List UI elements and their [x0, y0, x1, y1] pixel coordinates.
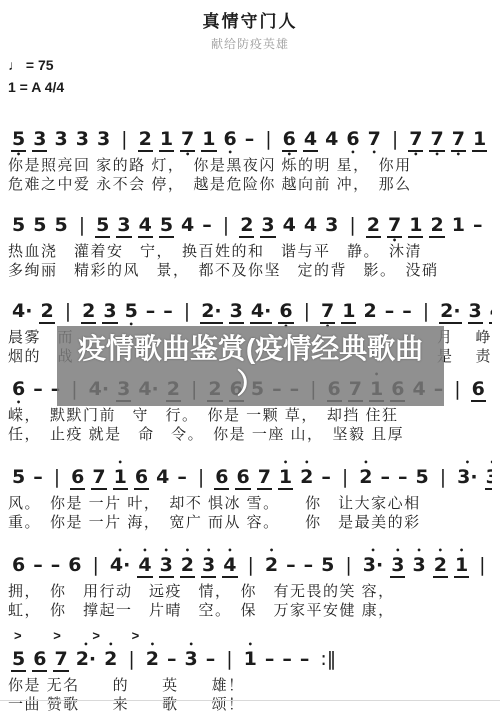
notes-line-1: 5•3333|217•16•–|6•446•7•|7•7•7•12–|7•5 — [8, 122, 492, 156]
lyrics-line-5b: 重。 你是 一片 海， 宽广 而从 容。 你 是最美的彩 — [8, 513, 492, 532]
caption-overlay-banner: 疫情歌曲鉴赏(疫情经典歌曲 ） — [57, 326, 444, 406]
lyrics-line-4b: 任， 止疫 就是 命 令。 你是 一座 山， 坚毅 且厚 — [8, 425, 492, 444]
lyrics-line-7b: 一曲 赞歌 来 歌 颂！ — [8, 695, 492, 714]
lyrics-line-1a: 你是照亮回 家的路 灯， 你是黑夜闪 烁的明 星， 你用 — [8, 156, 492, 175]
song-sheet-page: 真情守门人 献给防疫英雄 ♩ = 75 1 = A 4/4 5•3333|217… — [0, 0, 500, 724]
notes-line-6: 6––6|•4·•4•3•2•3•4|•2––5|•3·•3•3•2•1|6––… — [8, 548, 492, 582]
music-system-6: 6––6|•4·•4•3•2•3•4|•2––5|•3·•3•3•2•1|6––… — [8, 548, 492, 620]
key-time-signature: 1 = A 4/4 — [8, 76, 492, 98]
page-edge-divider — [0, 700, 500, 701]
caption-overlay-text-line2: ） — [236, 367, 264, 401]
tempo-marking: ♩ = 75 — [8, 54, 492, 76]
lyrics-3a-right: 峥 — [475, 328, 492, 347]
lyrics-line-6b: 虹， 你 撑起一 片晴 空。 保 万家平安健 康， — [8, 601, 492, 620]
music-system-5: 5–|67•164–|667•1•2–|•2––5|•3·•3•3•2•1| 风… — [8, 460, 492, 532]
lyrics-line-2a: 热血浇 灌着安 宁， 换百姓的和 谐与平 静。 沐清 — [8, 242, 492, 261]
lyrics-line-4a: 嵘， 默默门前 守 行。 你是 一颗 草， 却挡 住狂 — [8, 406, 492, 425]
notes-line-2: 555|53454–|23443|27•121–|1·7• — [8, 208, 492, 242]
music-system-1: 5•3333|217•16•–|6•446•7•|7•7•7•12–|7•5 你… — [8, 122, 492, 194]
lyrics-3b-right: 责 — [475, 347, 492, 366]
accent-marks: > > > > — [8, 630, 492, 642]
music-system-2: 555|53454–|23443|27•121–|1·7• 热血浇 灌着安 宁，… — [8, 208, 492, 280]
notes-line-7: 567•2·•2|•2–•3–|•1–––:‖ — [8, 642, 492, 676]
lyrics-line-5a: 风。 你是 一片 叶， 却不 惧冰 雪。 你 让大家心相 — [8, 494, 492, 513]
notes-line-3: 4·2|235•––|2·34·6•|7•12––|2·34·3|34 — [8, 294, 492, 328]
lyrics-line-7a: 你是 无名 的 英 雄！ — [8, 676, 492, 695]
caption-overlay-text-line1: 疫情歌曲鉴赏(疫情经典歌曲 — [78, 331, 423, 367]
lyrics-line-1b: 危难之中爱 永不会 停， 越是危险你 越向前 冲， 那么 — [8, 175, 492, 194]
notes-line-5: 5–|67•164–|667•1•2–|•2––5|•3·•3•3•2•1| — [8, 460, 492, 494]
music-system-7: > > > > 567•2·•2|•2–•3–|•1–––:‖ 你是 无名 的 … — [8, 630, 492, 714]
song-title: 真情守门人 — [8, 10, 492, 34]
song-dedication: 献给防疫英雄 — [8, 34, 492, 54]
lyrics-line-6a: 拥， 你 用行动 远疫 情， 你 有无畏的笑 容， — [8, 582, 492, 601]
lyrics-line-2b: 多绚丽 精彩的风 景， 都不及你坚 定的背 影。 没硝 — [8, 261, 492, 280]
